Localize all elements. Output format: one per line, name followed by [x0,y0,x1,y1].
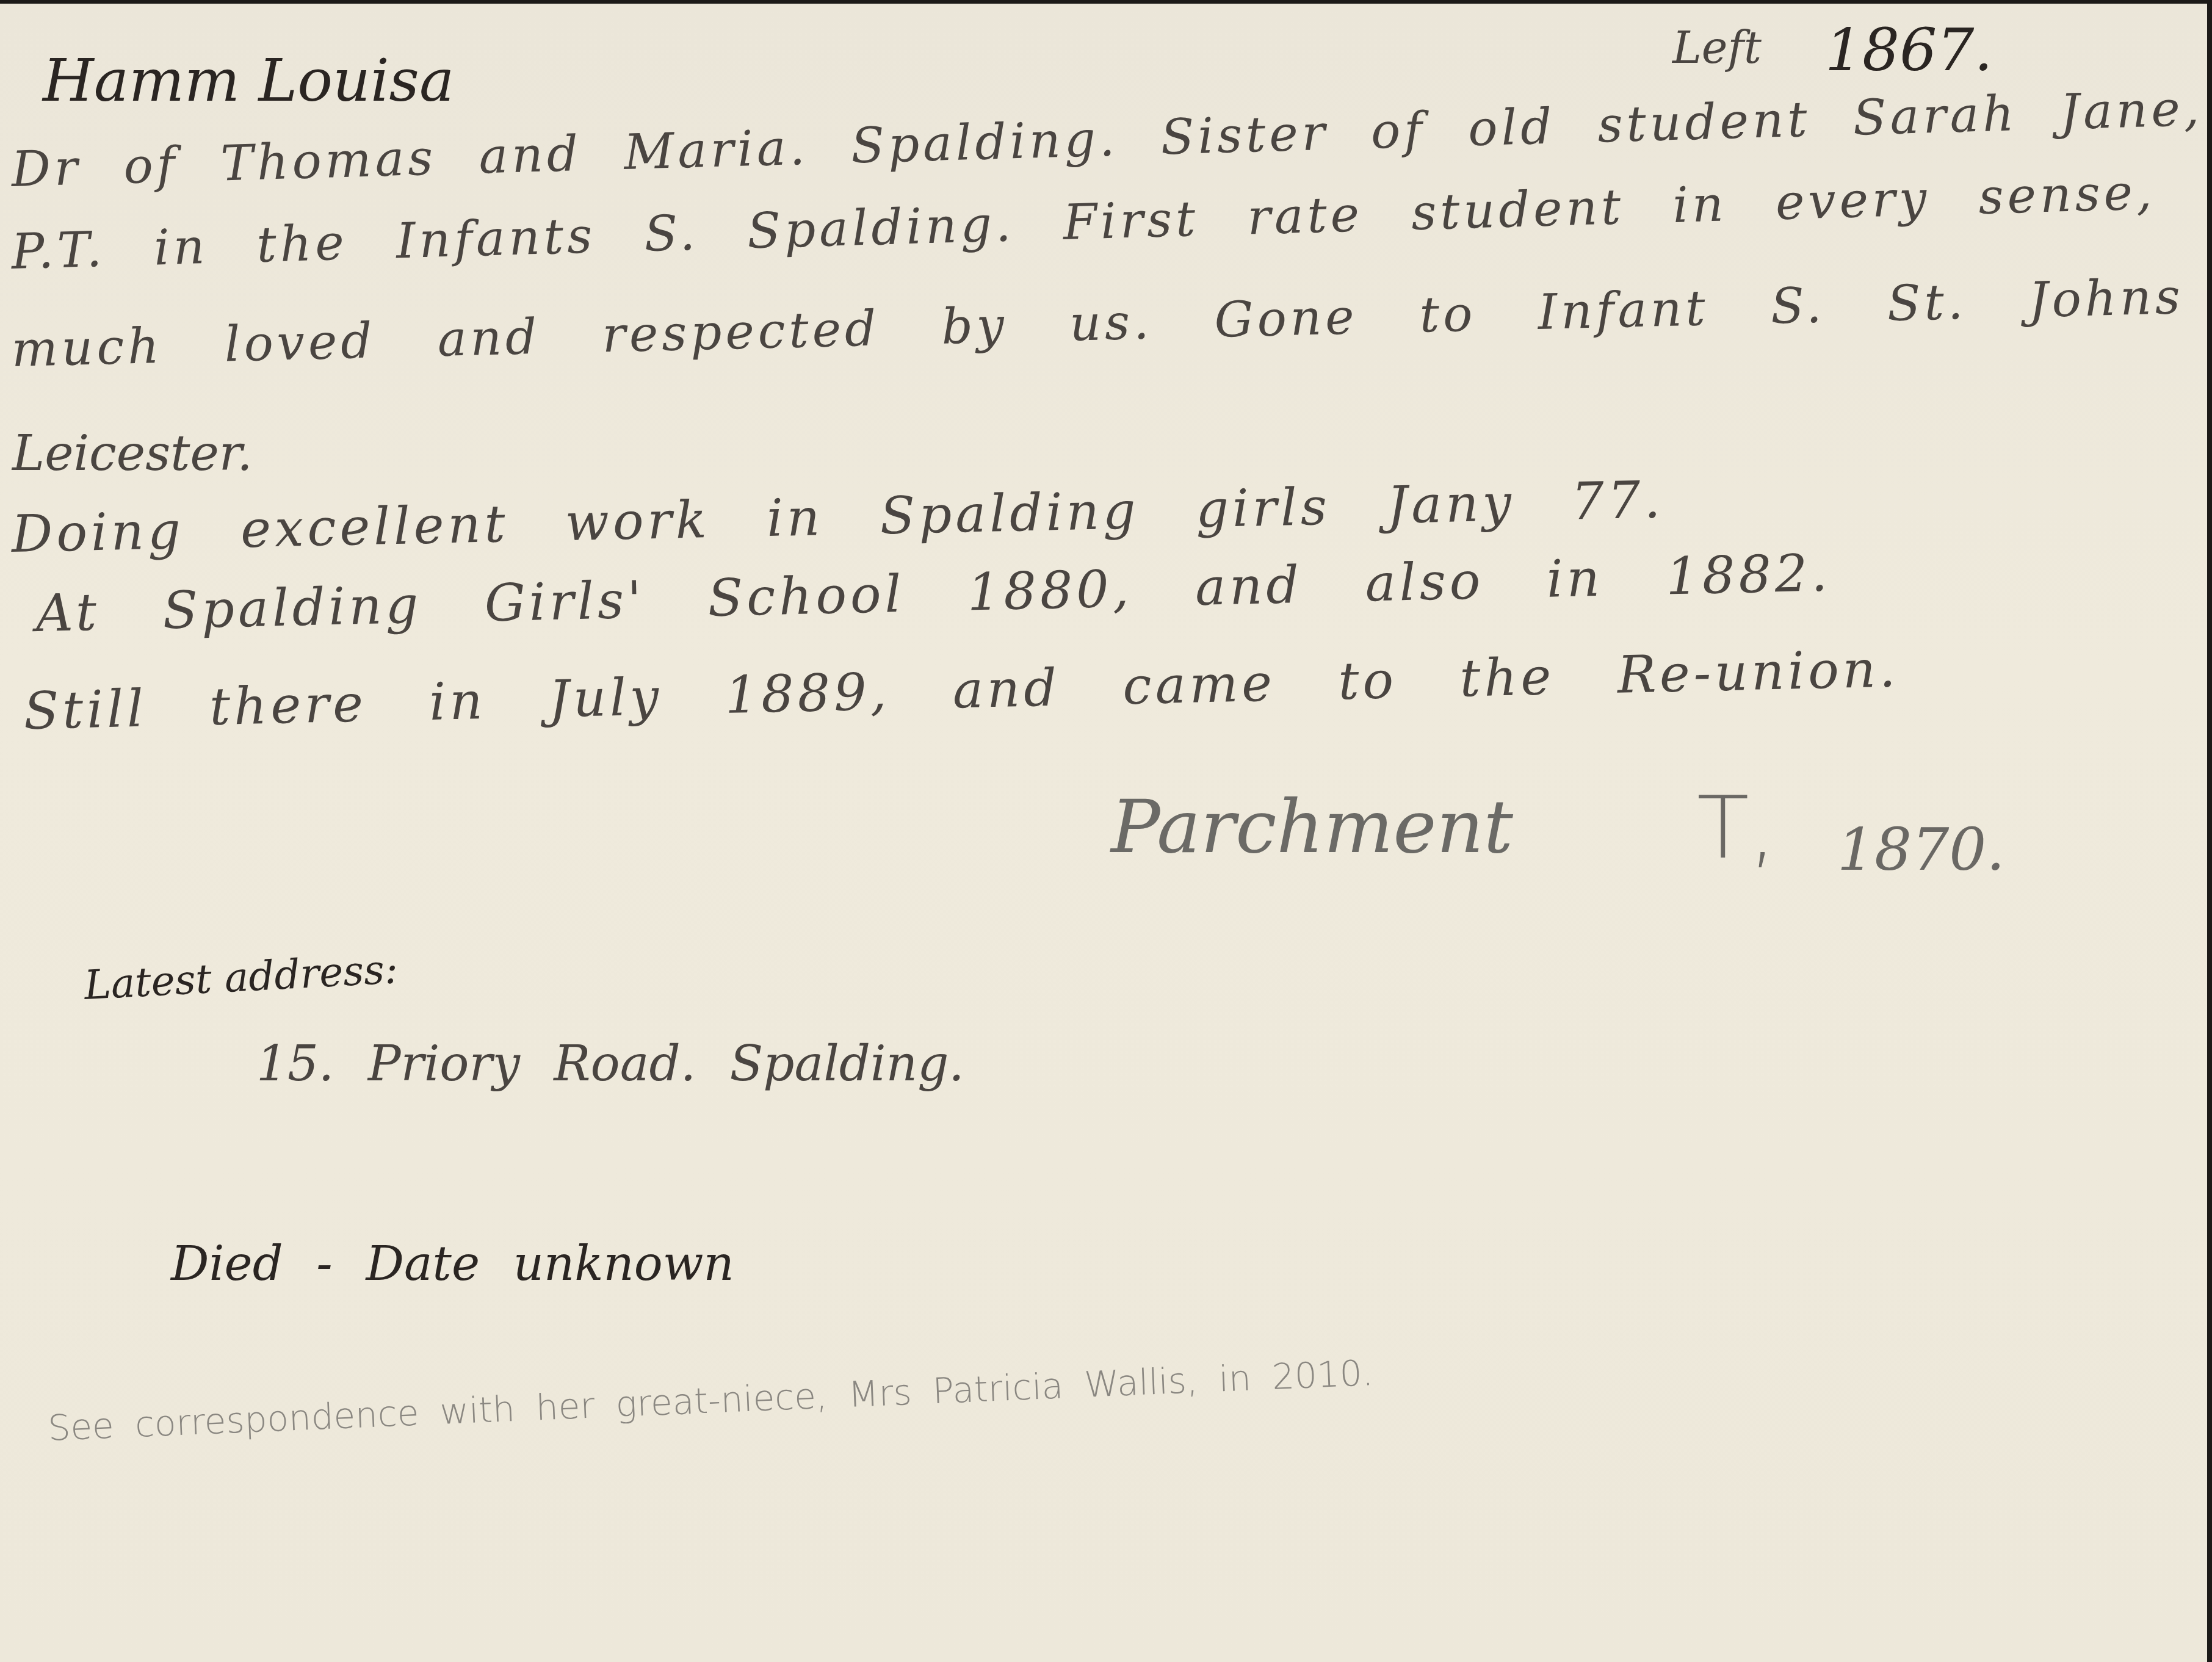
register-page: Hamm Louisa Left 1867. Dr of Thomas and … [0,4,2207,1662]
note-line-3: Still there in July 1889, and came to th… [23,638,1900,741]
death-note: Died - Date unknown [171,1237,734,1292]
address-value: 15. Priory Road. Spalding. [256,1035,964,1092]
page-right-edge [2207,0,2212,1662]
certificate-label: Parchment [1111,785,1513,870]
note-line-1: Doing excellent work in Spalding girls J… [11,469,1664,564]
left-label: Left [1672,22,1762,73]
note-line-2: At Spalding Girls' School 1880, and also… [35,543,1832,643]
body-line-3: much loved and respected by us. Gone to … [11,268,2185,378]
pencil-note: See correspondence with her great-niece,… [47,1352,1374,1449]
certificate-grade: T, [1697,779,1776,878]
address-label: Latest address: [83,945,399,1009]
certificate-year: 1870. [1837,815,2005,884]
student-name: Hamm Louisa [43,46,454,115]
left-year: 1867. [1825,16,1993,84]
body-line-4: Leicester. [12,425,253,482]
